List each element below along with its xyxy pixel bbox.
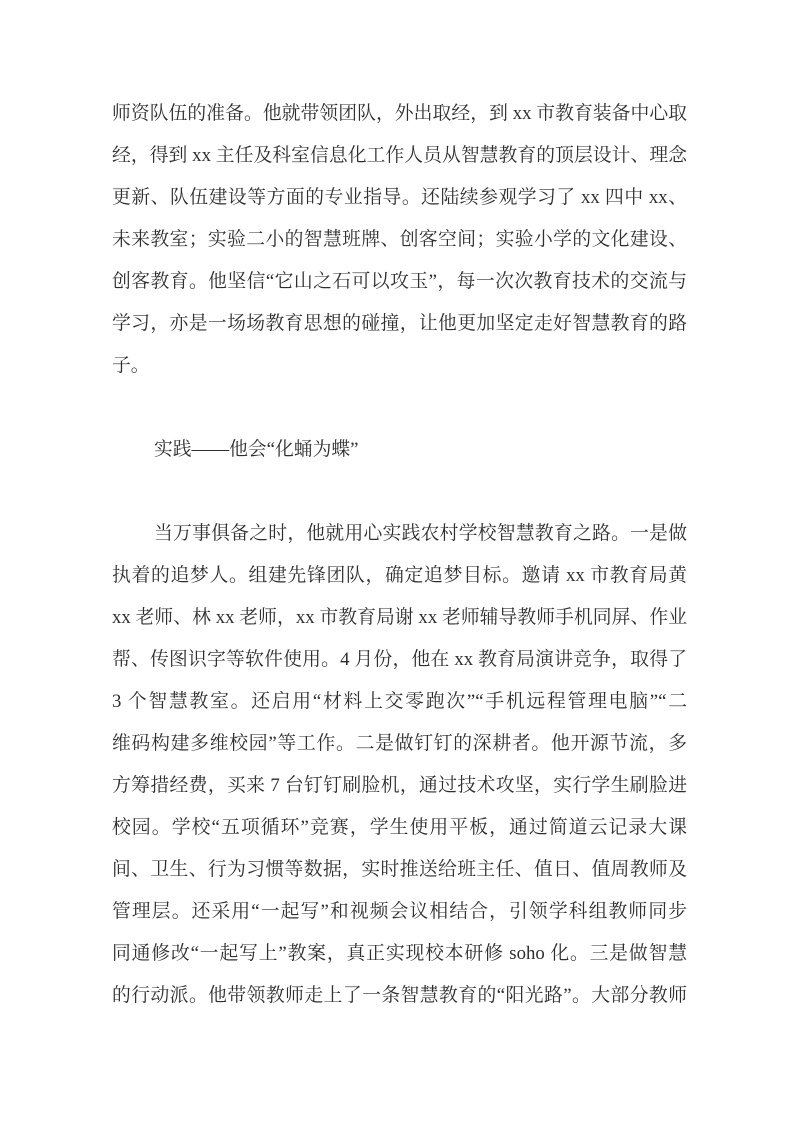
paragraph-1-line: 经，得到 xx 主任及科室信息化工作人员从智慧教育的顶层设计、理念 <box>112 135 687 177</box>
paragraph-1-line: 学习，亦是一场场教育思想的碰撞，让他更加坚定走好智慧教育的路 <box>112 303 687 345</box>
paragraph-2-line: 管理层。还采用“一起写”和视频会议相结合，引领学科组教师同步 <box>112 891 687 933</box>
paragraph-2-line: 帮、传图识字等软件使用。4 月份，他在 xx 教育局演讲竞争，取得了 <box>112 639 687 681</box>
paragraph-2-line: 执着的追梦人。组建先锋团队，确定追梦目标。邀请 xx 市教育局黄 <box>112 555 687 597</box>
blank-line <box>112 387 687 429</box>
document-page: 师资队伍的准备。他就带领团队，外出取经，到 xx 市教育装备中心取 经，得到 x… <box>0 0 793 1122</box>
paragraph-2-line: 的行动派。他带领教师走上了一条智慧教育的“阳光路”。大部分教师 <box>112 975 687 1017</box>
paragraph-1-line: 创客教育。他坚信“它山之石可以攻玉”，每一次次教育技术的交流与 <box>112 261 687 303</box>
document-text-block: 师资队伍的准备。他就带领团队，外出取经，到 xx 市教育装备中心取 经，得到 x… <box>112 93 687 1017</box>
paragraph-2-line: 方筹措经费，买来 7 台钉钉刷脸机，通过技术攻坚，实行学生刷脸进 <box>112 765 687 807</box>
paragraph-2-line: 间、卫生、行为习惯等数据，实时推送给班主任、值日、值周教师及 <box>112 849 687 891</box>
paragraph-2-line: xx 老师、林 xx 老师，xx 市教育局谢 xx 老师辅导教师手机同屏、作业 <box>112 597 687 639</box>
paragraph-1-line: 更新、队伍建设等方面的专业指导。还陆续参观学习了 xx 四中 xx、 <box>112 177 687 219</box>
paragraph-1-last-line: 子。 <box>112 345 687 387</box>
blank-line <box>112 471 687 513</box>
paragraph-2-line: 3 个智慧教室。还启用“材料上交零跑次”“手机远程管理电脑”“二 <box>112 681 687 723</box>
paragraph-2-line: 维码构建多维校园”等工作。二是做钉钉的深耕者。他开源节流，多 <box>112 723 687 765</box>
paragraph-1-line: 未来教室；实验二小的智慧班牌、创客空间；实验小学的文化建设、 <box>112 219 687 261</box>
paragraph-2-line: 当万事俱备之时，他就用心实践农村学校智慧教育之路。一是做 <box>112 513 687 555</box>
paragraph-1-line: 师资队伍的准备。他就带领团队，外出取经，到 xx 市教育装备中心取 <box>112 93 687 135</box>
paragraph-2-line: 同通修改“一起写上”教案，真正实现校本研修 soho 化。三是做智慧 <box>112 933 687 975</box>
paragraph-2-line: 校园。学校“五项循环”竞赛，学生使用平板，通过简道云记录大课 <box>112 807 687 849</box>
section-heading: 实践——他会“化蛹为蝶” <box>112 429 687 471</box>
